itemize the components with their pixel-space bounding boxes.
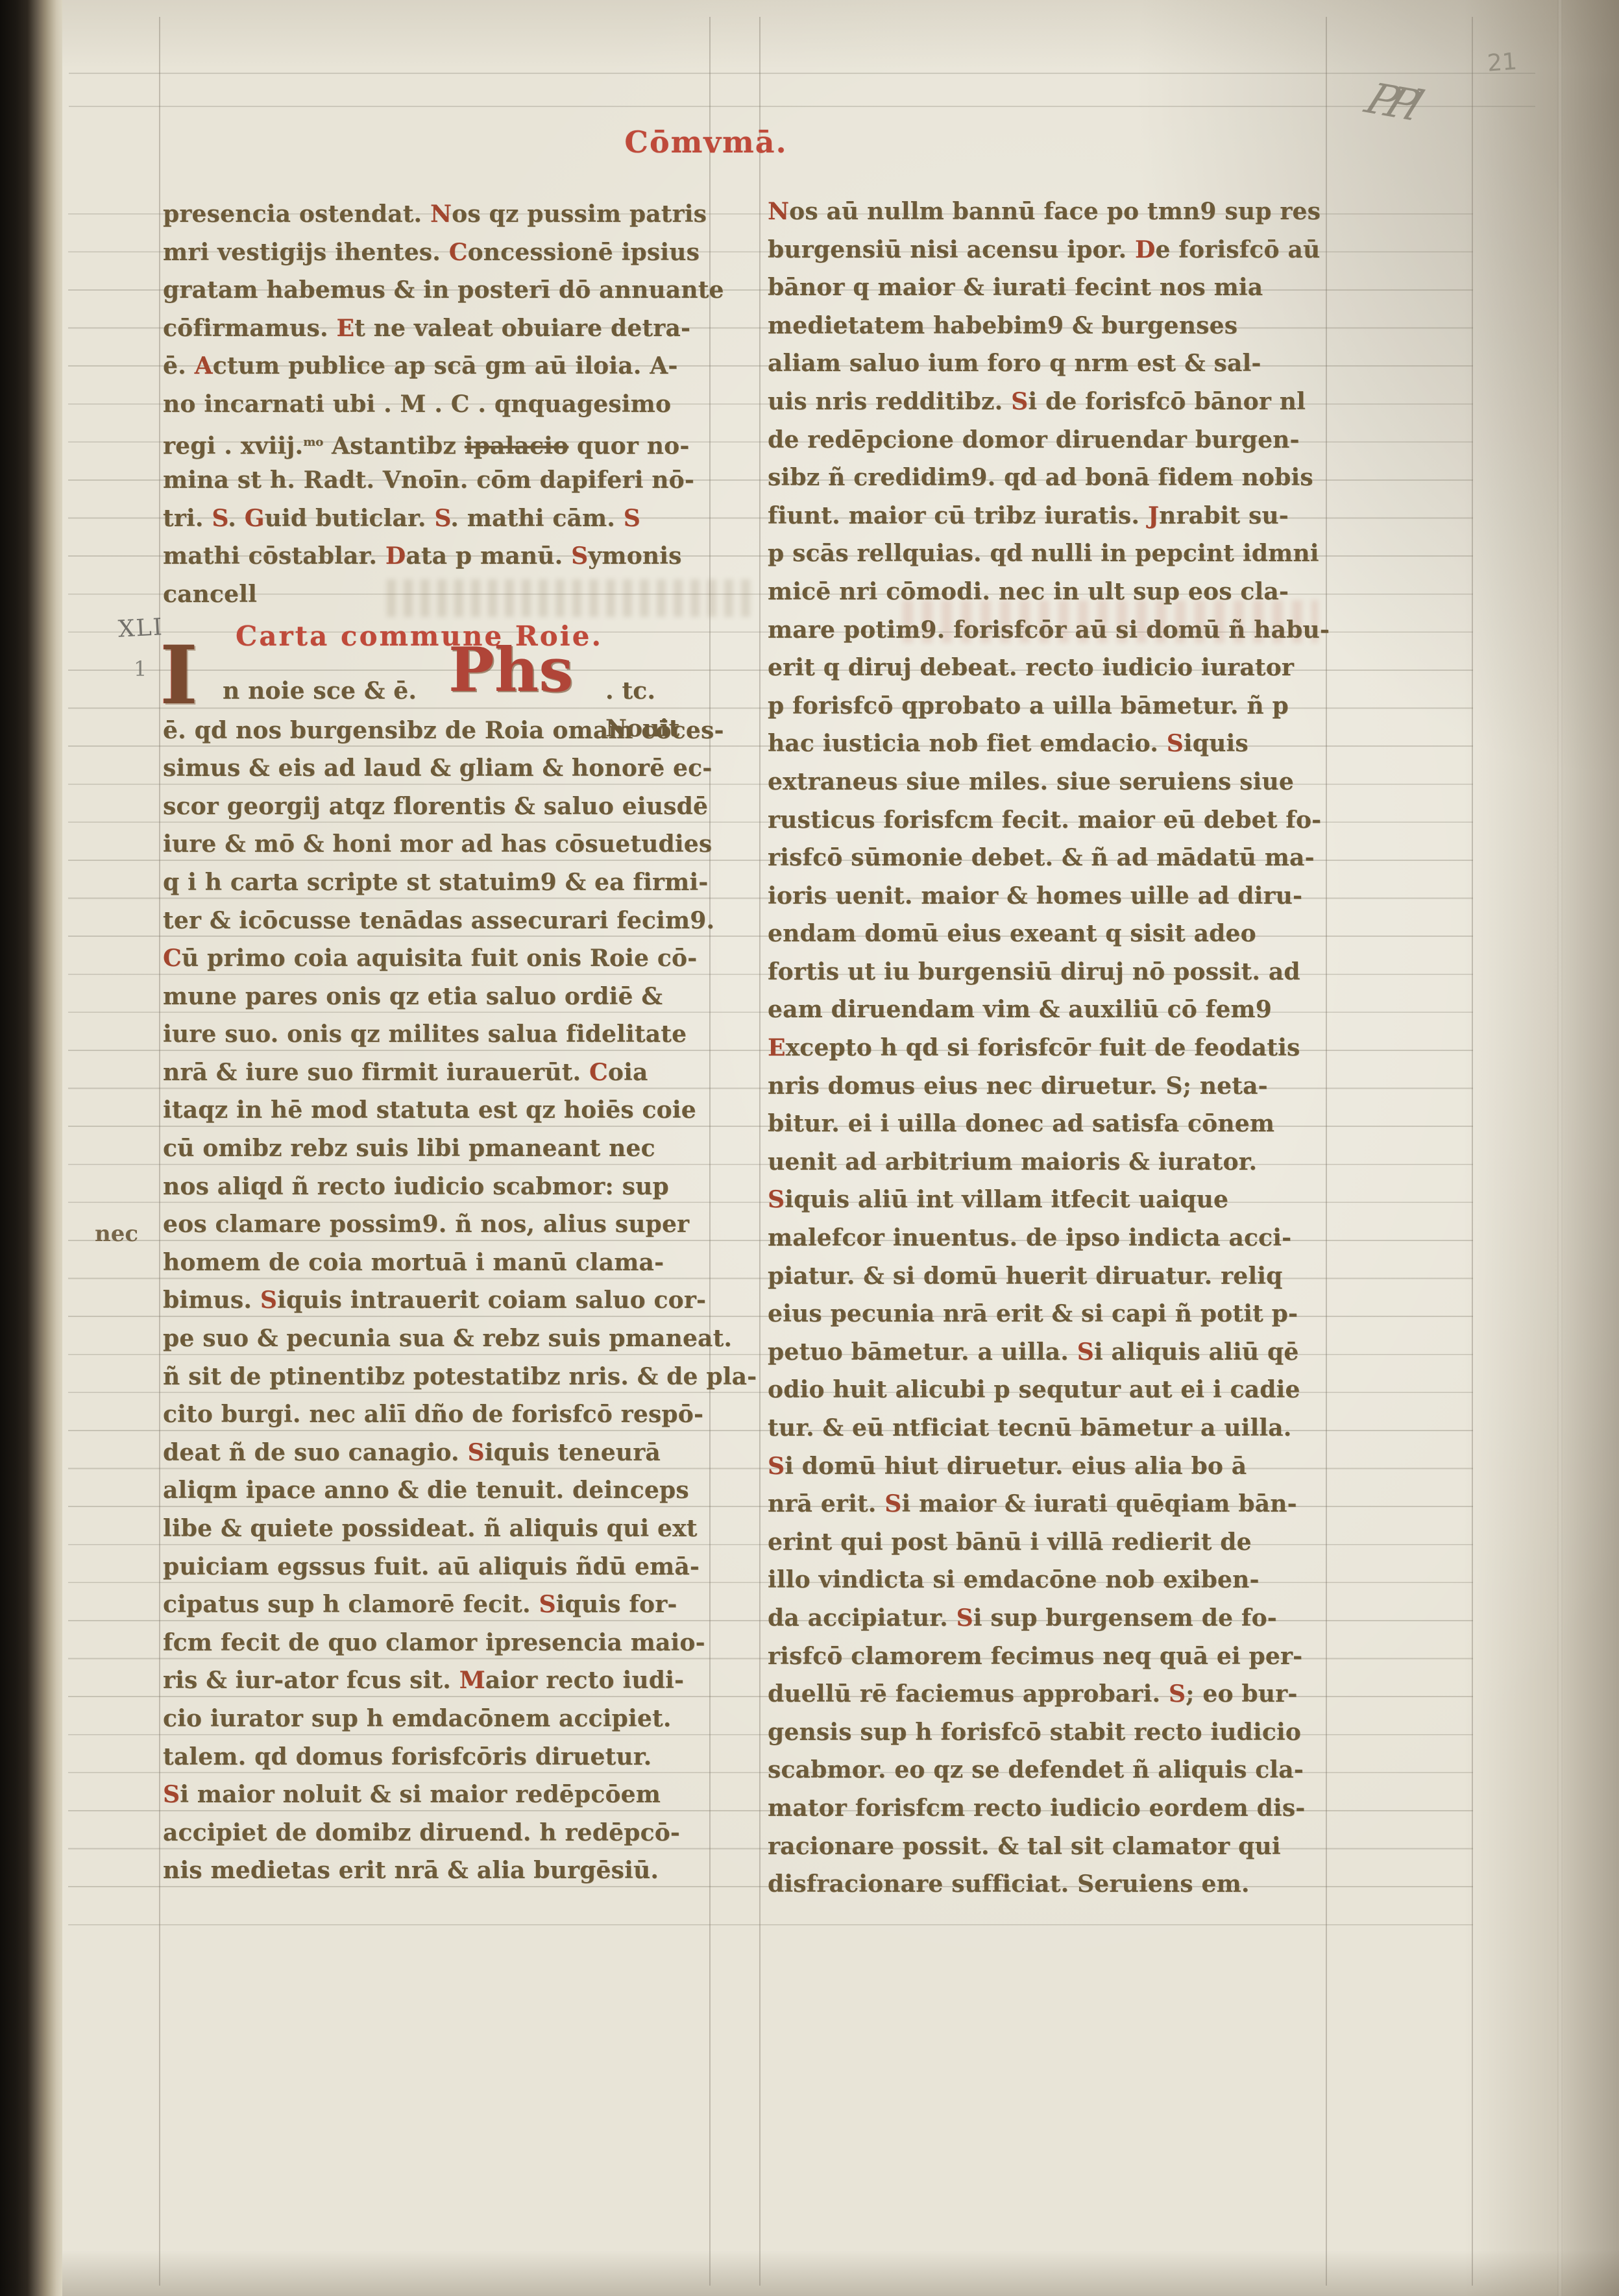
rubricated-letter: N bbox=[768, 198, 789, 225]
text-run: iquis bbox=[1184, 730, 1248, 757]
text-run: ris & iur-ator fcus sit. bbox=[163, 1667, 459, 1694]
text-line: accipiet de domibz diruend. h redēpcō- bbox=[163, 1814, 711, 1852]
text-line: risfcō sūmonie debet. & ñ ad mādatū ma- bbox=[768, 839, 1330, 877]
initial-line-text: n noie sce & ē. bbox=[223, 672, 417, 710]
text-run: nrabit su- bbox=[1159, 502, 1289, 529]
rubricated-letter: C bbox=[449, 239, 468, 266]
text-line: fortis ut iu burgensiū diruj nō possit. … bbox=[768, 953, 1330, 991]
rubricated-letter: S bbox=[884, 1490, 901, 1517]
text-line: libe & quiete possideat. ñ aliquis qui e… bbox=[163, 1510, 711, 1548]
text-line: iure & mō & honi mor ad has cōsuetudies bbox=[163, 825, 711, 864]
rubricated-letter: J bbox=[1148, 502, 1159, 529]
margin-note-gloss: nec bbox=[95, 1221, 138, 1247]
chapter-rubric: Carta commune Roie. bbox=[163, 614, 711, 663]
text-run: iquis teneurā bbox=[485, 1439, 661, 1466]
text-run: ata p manū. bbox=[406, 542, 571, 570]
text-line: fcm fecit de quo clamor ipresencia maio- bbox=[163, 1624, 711, 1662]
text-run: cōfirmamus. bbox=[163, 315, 336, 342]
text-line: ē. Actum publice ap scā gm aū iloia. A- bbox=[163, 347, 711, 385]
text-run: quor no- bbox=[568, 432, 689, 459]
text-line: puiciam egssus fuit. aū aliquis ñdū emā- bbox=[163, 1548, 711, 1586]
text-line: homem de coia mortuā i manū clama- bbox=[163, 1244, 711, 1282]
text-line: tur. & eū ntficiat tecnū bāmetur a uilla… bbox=[768, 1409, 1330, 1447]
text-line: da accipiatur. Si sup burgensem de fo- bbox=[768, 1599, 1330, 1637]
text-line: cio iurator sup h emdacōnem accipiet. bbox=[163, 1700, 711, 1738]
text-line: simus & eis ad laud & gliam & honorē ec- bbox=[163, 749, 711, 788]
rubricated-letter: S bbox=[260, 1287, 277, 1314]
rubricated-letter: S bbox=[434, 505, 450, 532]
text-run: oia bbox=[608, 1059, 648, 1086]
text-run: mri vestigijs ihentes. bbox=[163, 239, 449, 266]
rubricated-letter: S bbox=[1011, 388, 1028, 415]
text-run: i maior & iurati quēqiam bān- bbox=[901, 1490, 1296, 1517]
text-line: Siquis aliū int villam itfecit uaique bbox=[768, 1181, 1330, 1219]
text-line: burgensiū nisi acensu ipor. De forisfcō … bbox=[768, 231, 1330, 269]
text-line: sibz ñ credidim9. qd ad bonā fidem nobis bbox=[768, 459, 1330, 497]
text-line: mathi cōstablar. Data p manū. Symonis bbox=[163, 537, 711, 575]
ruling-horizontal-top1 bbox=[69, 73, 1535, 74]
text-line: fiunt. maior cū tribz iuratis. Jnrabit s… bbox=[768, 497, 1330, 535]
decorated-initial-letter: I bbox=[160, 636, 198, 716]
text-run: iquis intrauerit coiam saluo cor- bbox=[277, 1287, 706, 1314]
left-column-lower-lines: ē. qd nos burgensibz de Roia omam cōces-… bbox=[163, 712, 711, 1890]
rubricated-letter: E bbox=[336, 315, 354, 342]
text-run: ctum publice ap scā gm aū iloia. A- bbox=[213, 352, 678, 380]
rubricated-letter: S bbox=[624, 505, 640, 532]
rubricated-letter: D bbox=[385, 542, 406, 570]
rubricated-letter: S bbox=[768, 1453, 785, 1480]
text-run: burgensiū nisi acensu ipor. bbox=[768, 236, 1135, 263]
text-line: gensis sup h forisfcō stabit recto iudic… bbox=[768, 1713, 1330, 1752]
text-line: mri vestigijs ihentes. Concessionē ipsiu… bbox=[163, 234, 711, 272]
rubricated-letter: S bbox=[163, 1781, 180, 1808]
pencil-folio-number: 21 bbox=[1487, 48, 1518, 77]
text-run: iquis aliū int villam itfecit uaique bbox=[785, 1186, 1228, 1213]
text-line: ñ sit de ptinentibz potestatibz nris. & … bbox=[163, 1358, 711, 1396]
text-line: p forisfcō qprobato a uilla bāmetur. ñ p bbox=[768, 687, 1330, 725]
text-line: uis nris redditibz. Si de forisfcō bānor… bbox=[768, 383, 1330, 421]
text-line: hac iusticia nob fiet emdacio. Siquis bbox=[768, 725, 1330, 763]
text-run: petuo bāmetur. a uilla. bbox=[768, 1338, 1077, 1366]
rubricated-letter: N bbox=[430, 200, 452, 228]
text-run: da accipiatur. bbox=[768, 1604, 956, 1632]
text-line: mune pares onis qz etia saluo ordiē & bbox=[163, 978, 711, 1016]
text-run: Astantibz bbox=[323, 432, 465, 459]
left-column-upper-lines: presencia ostendat. Nos qz pussim patris… bbox=[163, 195, 711, 614]
text-run: i de forisfcō bānor nl bbox=[1028, 388, 1306, 415]
text-line: mare potim9. forisfcōr aū si domū ñ habu… bbox=[768, 611, 1330, 649]
text-line: eam diruendam vim & auxiliū cō fem9 bbox=[768, 991, 1330, 1029]
text-line: nis medietas erit nrā & alia burgēsiū. bbox=[163, 1852, 711, 1890]
text-line: deat ñ de suo canagio. Siquis teneurā bbox=[163, 1434, 711, 1472]
text-run: hac iusticia nob fiet emdacio. bbox=[768, 730, 1167, 757]
text-line: eos clamare possim9. ñ nos, alius super bbox=[163, 1205, 711, 1244]
text-run: mathi cōstablar. bbox=[163, 542, 385, 570]
text-line: gratam habemus & in posterī dō annuante bbox=[163, 271, 711, 309]
text-run: ū primo coia aquisita fuit onis Roie cō- bbox=[182, 945, 697, 972]
ruling-horizontal-top2 bbox=[69, 106, 1535, 107]
text-line: ris & iur-ator fcus sit. Maior recto iud… bbox=[163, 1662, 711, 1700]
text-run: bimus. bbox=[163, 1287, 260, 1314]
rubricated-letter: S bbox=[956, 1604, 973, 1632]
text-run: ; eo bur- bbox=[1186, 1680, 1297, 1708]
text-line: aliqm ipace anno & die tenuit. deinceps bbox=[163, 1471, 711, 1510]
text-line: cipatus sup h clamorē fecit. Siquis for- bbox=[163, 1586, 711, 1624]
text-line: tri. S. Guid buticlar. S. mathi cām. S bbox=[163, 500, 711, 538]
text-run: os qz pussim patris bbox=[452, 200, 707, 228]
running-title: Cōmvmā. bbox=[624, 125, 787, 160]
text-run: t ne valeat obuiare detra- bbox=[354, 315, 690, 342]
text-run: i domū hiut diruetur. eius alia bo ā bbox=[785, 1453, 1247, 1480]
text-line: eius pecunia nrā erit & si capi ñ potit … bbox=[768, 1295, 1330, 1333]
text-line: illo vindicta si emdacōne nob exiben- bbox=[768, 1561, 1330, 1599]
rubricated-letter: M bbox=[459, 1667, 485, 1694]
rubricated-letter: C bbox=[163, 945, 182, 972]
text-line: Excepto h qd si forisfcōr fuit de feodat… bbox=[768, 1029, 1330, 1067]
text-line: endam domū eius exeant q sisit adeo bbox=[768, 915, 1330, 953]
text-line: medietatem habebim9 & burgenses bbox=[768, 307, 1330, 345]
rubricated-letter: E bbox=[768, 1034, 786, 1061]
text-line: risfcō clamorem fecimus neq quā ei per- bbox=[768, 1637, 1330, 1676]
text-run: i aliquis aliū qē bbox=[1094, 1338, 1299, 1366]
text-line: extraneus siue miles. siue seruiens siue bbox=[768, 763, 1330, 801]
text-line: odio huit alicubi p sequtur aut ei i cad… bbox=[768, 1371, 1330, 1409]
decorated-initial-line: I n noie sce & ē. Phs . tc. Nouit bbox=[163, 663, 711, 712]
text-run: ē. bbox=[163, 352, 195, 380]
text-line: bimus. Siquis intrauerit coiam saluo cor… bbox=[163, 1281, 711, 1320]
text-run: i sup burgensem de fo- bbox=[973, 1604, 1277, 1632]
text-run: . mathi cām. bbox=[450, 505, 624, 532]
text-line: micē nri cōmodi. nec in ult sup eos cla- bbox=[768, 573, 1330, 611]
text-line: q i h carta scripte st statuim9 & ea fir… bbox=[163, 864, 711, 902]
text-column-right: Nos aū nullm bannū face po tmn9 sup resb… bbox=[768, 193, 1330, 1903]
text-line: aliam saluo ium foro q nrm est & sal- bbox=[768, 344, 1330, 383]
decorated-display-word: Phs bbox=[448, 640, 574, 701]
text-line: erit q diruj debeat. recto iudicio iurat… bbox=[768, 649, 1330, 687]
text-line: iure suo. onis qz milites salua fidelita… bbox=[163, 1015, 711, 1054]
text-line: nris domus eius nec diruetur. S; neta- bbox=[768, 1067, 1330, 1106]
text-line: talem. qd domus forisfcōris diruetur. bbox=[163, 1738, 711, 1776]
text-line: Cū primo coia aquisita fuit onis Roie cō… bbox=[163, 939, 711, 978]
text-line: Si maior noluit & si maior redēpcōem bbox=[163, 1776, 711, 1814]
text-line: itaqz in hē mod statuta est qz hoiēs coi… bbox=[163, 1091, 711, 1130]
text-line: Si domū hiut diruetur. eius alia bo ā bbox=[768, 1447, 1330, 1486]
text-run: cipatus sup h clamorē fecit. bbox=[163, 1591, 539, 1618]
text-run: e forisfcō aū bbox=[1155, 236, 1320, 263]
text-run: xcepto h qd si forisfcōr fuit de feodati… bbox=[786, 1034, 1300, 1061]
text-line: p scās rellquias. qd nulli in pepcint id… bbox=[768, 535, 1330, 573]
text-run: fiunt. maior cū tribz iuratis. bbox=[768, 502, 1148, 529]
text-line: rusticus forisfcm fecit. maior eū debet … bbox=[768, 801, 1330, 840]
margin-note-chapter-numeral: XLI bbox=[117, 614, 164, 643]
text-line: nrā erit. Si maior & iurati quēqiam bān- bbox=[768, 1485, 1330, 1523]
text-run: presencia ostendat. bbox=[163, 200, 430, 228]
text-run: nrā & iure suo firmit iurauerūt. bbox=[163, 1059, 589, 1086]
text-line: petuo bāmetur. a uilla. Si aliquis aliū … bbox=[768, 1333, 1330, 1372]
rubricated-letter: S bbox=[1167, 730, 1184, 757]
text-line: disfracionare sufficiat. Seruiens em. bbox=[768, 1865, 1330, 1903]
text-line: presencia ostendat. Nos qz pussim patris bbox=[163, 195, 711, 234]
text-run: . bbox=[228, 505, 244, 532]
right-column-lines: Nos aū nullm bannū face po tmn9 sup resb… bbox=[768, 193, 1330, 1903]
rubricated-letter: A bbox=[195, 352, 213, 380]
text-run: iquis for- bbox=[556, 1591, 677, 1618]
text-line: erint qui post bānū i villā redierit de bbox=[768, 1523, 1330, 1562]
text-line: cū omibz rebz suis libi pmaneant nec bbox=[163, 1130, 711, 1168]
text-line: Nos aū nullm bannū face po tmn9 sup res bbox=[768, 193, 1330, 231]
rubricated-letter: mo bbox=[303, 435, 323, 449]
text-run: i maior noluit & si maior redēpcōem bbox=[180, 1781, 661, 1808]
text-line: pe suo & pecunia sua & rebz suis pmaneat… bbox=[163, 1320, 711, 1358]
text-line: racionare possit. & tal sit clamator qui bbox=[768, 1828, 1330, 1866]
rubricated-letter: S bbox=[468, 1439, 485, 1466]
text-line: uenit ad arbitrium maioris & iurator. bbox=[768, 1143, 1330, 1181]
margin-note-number: 1 bbox=[134, 657, 147, 681]
page-crease bbox=[1557, 0, 1563, 2296]
text-line: scabmor. eo qz se defendet ñ aliquis cla… bbox=[768, 1751, 1330, 1789]
text-run: os aū nullm bannū face po tmn9 sup res bbox=[789, 198, 1321, 225]
text-run: tri. bbox=[163, 505, 212, 532]
text-run: deat ñ de suo canagio. bbox=[163, 1439, 468, 1466]
text-run: ymonis bbox=[588, 542, 681, 570]
text-line: cancell bbox=[163, 575, 711, 614]
rubricated-letter: S bbox=[539, 1591, 555, 1618]
rubricated-letter: S bbox=[1077, 1338, 1094, 1366]
text-line: ioris uenit. maior & homes uille ad diru… bbox=[768, 877, 1330, 915]
text-line: cito burgi. nec aliī dño de forisfcō res… bbox=[163, 1396, 711, 1434]
text-run: aior recto iudi- bbox=[485, 1667, 684, 1694]
text-line: cōfirmamus. Et ne valeat obuiare detra- bbox=[163, 309, 711, 348]
text-line: regi . xviij.mo Astantibz ipalacio quor … bbox=[163, 424, 711, 462]
rubricated-letter: G bbox=[245, 505, 265, 532]
rubricated-letter: D bbox=[1135, 236, 1155, 263]
text-line: ter & icōcusse tenādas assecurari fecim9… bbox=[163, 902, 711, 940]
rubricated-letter: S bbox=[1169, 1680, 1186, 1708]
text-run: duellū rē faciemus approbari. bbox=[768, 1680, 1169, 1708]
text-line: scor georgij atqz florentis & saluo eius… bbox=[163, 788, 711, 826]
text-line: nrā & iure suo firmit iurauerūt. Coia bbox=[163, 1054, 711, 1092]
text-run: nrā erit. bbox=[768, 1490, 884, 1517]
text-run: uid buticlar. bbox=[265, 505, 435, 532]
rubricated-letter: ipalacio bbox=[465, 432, 568, 459]
text-line: duellū rē faciemus approbari. S; eo bur- bbox=[768, 1675, 1330, 1713]
text-run: uis nris redditibz. bbox=[768, 388, 1011, 415]
text-line: bānor q maior & iurati fecint nos mia bbox=[768, 269, 1330, 307]
rubricated-letter: S bbox=[768, 1186, 785, 1213]
text-column-left: presencia ostendat. Nos qz pussim patris… bbox=[163, 195, 711, 1890]
rubricated-letter: C bbox=[589, 1059, 608, 1086]
text-line: malefcor inuentus. de ipso indicta acci- bbox=[768, 1219, 1330, 1257]
rubricated-letter: S bbox=[212, 505, 228, 532]
text-run: oncessionē ipsius bbox=[468, 239, 700, 266]
text-line: de redēpcione domor diruendar burgen- bbox=[768, 421, 1330, 459]
text-line: bitur. ei i uilla donec ad satisfa cōnem bbox=[768, 1105, 1330, 1143]
text-run: regi . xviij. bbox=[163, 432, 303, 459]
initial-line-tail: . tc. Nouit bbox=[605, 672, 711, 748]
rubricated-letter: S bbox=[571, 542, 588, 570]
text-line: no incarnati ubi . M . C . qnquagesimo bbox=[163, 385, 711, 424]
manuscript-photo: { "page": { "running_title": "Cōmvmā.", … bbox=[0, 0, 1619, 2296]
text-line: piatur. & si domū huerit diruatur. reliq bbox=[768, 1257, 1330, 1296]
text-line: mina st h. Radt. Vnoīn. cōm dapiferi nō- bbox=[163, 461, 711, 500]
text-line: mator forisfcm recto iudicio eordem dis- bbox=[768, 1789, 1330, 1828]
text-line: nos aliqd ñ recto iudicio scabmor: sup bbox=[163, 1168, 711, 1206]
